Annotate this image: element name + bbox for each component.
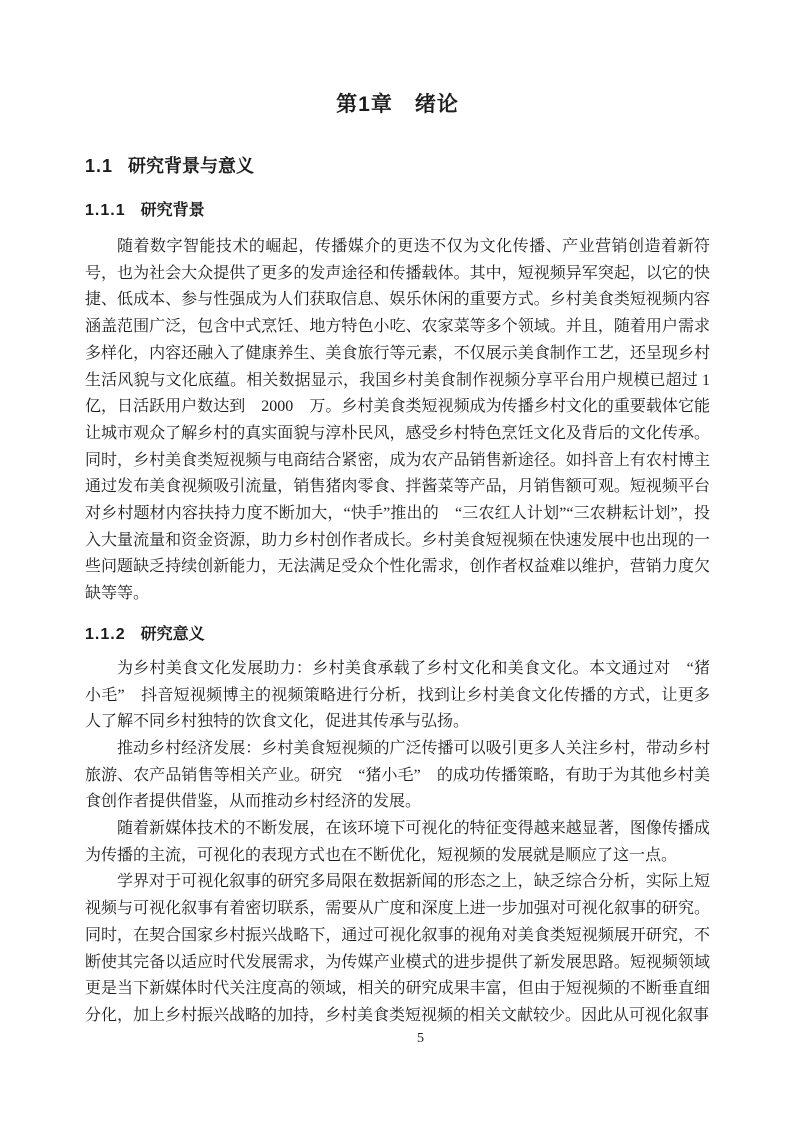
subsection-title-1-1-2: 研究意义	[141, 626, 205, 643]
page-number: 5	[24, 1030, 793, 1048]
document-page: 第1章 绪论 1.1研究背景与意义 1.1.1研究背景 随着数字智能技术的崛起，…	[0, 0, 793, 1122]
chapter-title: 第1章 绪论	[85, 90, 710, 120]
subsection-number-1-1-1: 1.1.1	[85, 200, 126, 222]
paragraph-visual-narrative-research: 学界对于可视化叙事的研究多局限在数据新闻的形态之上，缺乏综合分析，实际上短视频与…	[85, 869, 710, 1029]
subsection-heading-1-1-2: 1.1.2研究意义	[85, 624, 710, 646]
paragraph-significance-culture: 为乡村美食文化发展助力：乡村美食承载了乡村文化和美食文化。本文通过对 “猪小毛”…	[85, 656, 710, 736]
section-title: 研究背景与意义	[128, 156, 254, 176]
section-number: 1.1	[85, 154, 113, 178]
paragraph-significance-economy: 推动乡村经济发展：乡村美食短视频的广泛传播可以吸引更多人关注乡村，带动乡村旅游、…	[85, 736, 710, 816]
section-heading-1-1: 1.1研究背景与意义	[85, 154, 710, 178]
paragraph-new-media-visualization: 随着新媒体技术的不断发展，在该环境下可视化的特征变得越来越显著，图像传播成为传播…	[85, 816, 710, 869]
subsection-title-1-1-1: 研究背景	[141, 202, 205, 219]
paragraph-research-background: 随着数字智能技术的崛起，传播媒介的更迭不仅为文化传播、产业营销创造着新符号，也为…	[85, 234, 710, 608]
subsection-number-1-1-2: 1.1.2	[85, 624, 126, 646]
subsection-heading-1-1-1: 1.1.1研究背景	[85, 200, 710, 222]
